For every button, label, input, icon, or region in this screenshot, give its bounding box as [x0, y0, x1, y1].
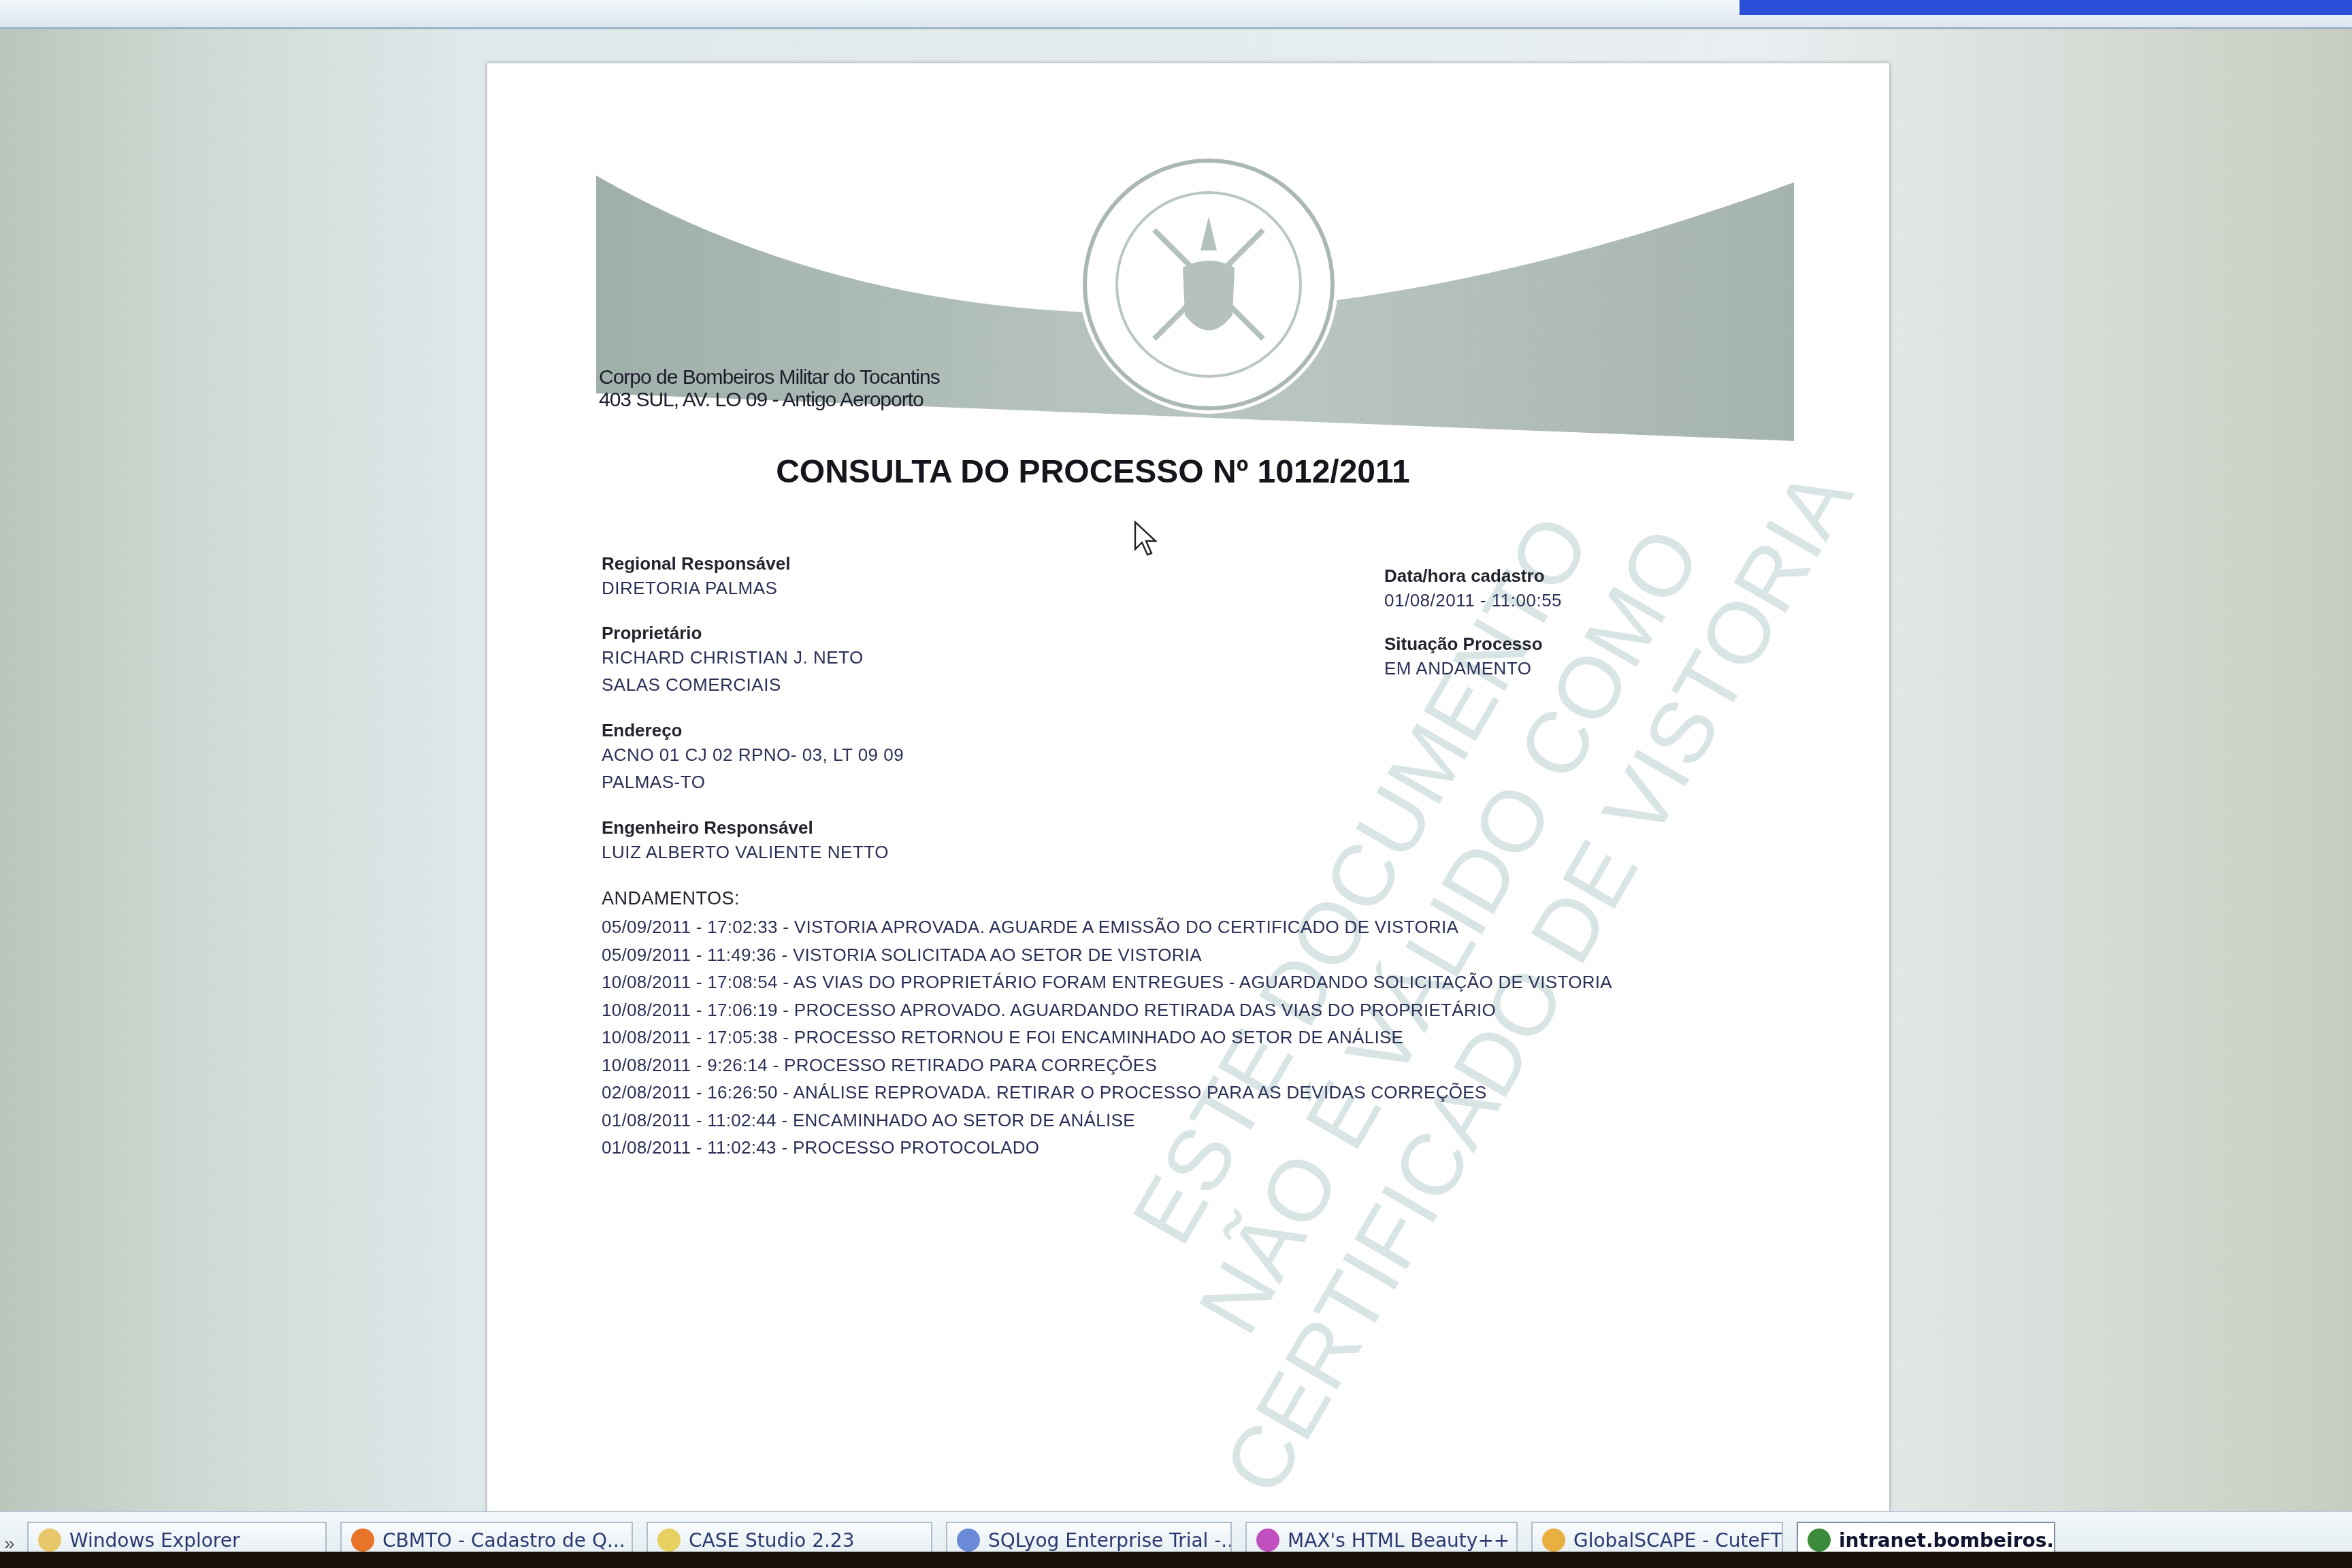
field-label: Regional Responsável [602, 553, 790, 574]
field-label: Endereço [602, 720, 904, 741]
page-title: CONSULTA DO PROCESSO Nº 1012/2011 [487, 453, 1699, 491]
andamento-row: 10/08/2011 - 17:08:54 - AS VIAS DO PROPR… [602, 968, 1612, 996]
field-label: Situação Processo [1384, 634, 1543, 655]
taskbar-item-label: SQLyog Enterprise Trial -... [988, 1529, 1232, 1552]
taskbar-item-label: Windows Explorer [69, 1529, 240, 1552]
field-value: RICHARD CHRISTIAN J. NETO [602, 644, 864, 671]
taskbar-item-label: MAX's HTML Beauty++ 2... [1288, 1529, 1518, 1552]
sqlyog-icon [957, 1529, 980, 1552]
taskbar-item-label: CBMTO - Cadastro de Q... [382, 1529, 625, 1552]
andamentos-label: ANDAMENTOS: [602, 888, 1612, 909]
field-situacao: Situação Processo EM ANDAMENTO [1384, 634, 1543, 682]
field-value: LUIZ ALBERTO VALIENTE NETTO [602, 838, 889, 866]
taskbar-item-label: CASE Studio 2.23 [689, 1529, 855, 1552]
field-data-cadastro: Data/hora cadastro 01/08/2011 - 11:00:55 [1384, 566, 1562, 614]
firefox-icon [351, 1529, 374, 1552]
andamentos-section: ANDAMENTOS: 05/09/2011 - 17:02:33 - VIST… [602, 888, 1612, 1162]
monitor-bezel [0, 1552, 2352, 1568]
field-value-secondary: PALMAS-TO [602, 768, 904, 796]
document-page: Corpo de Bombeiros Militar do Tocantins … [487, 63, 1889, 1561]
field-value: ACNO 01 CJ 02 RPNO- 03, LT 09 09 [602, 741, 904, 768]
title-bar [1739, 0, 2352, 15]
andamento-row: 02/08/2011 - 16:26:50 - ANÁLISE REPROVAD… [602, 1079, 1612, 1107]
mouse-cursor-icon [1134, 521, 1157, 557]
andamento-row: 05/09/2011 - 11:49:36 - VISTORIA SOLICIT… [602, 941, 1612, 969]
print-preview-viewer: Corpo de Bombeiros Militar do Tocantins … [0, 29, 2352, 1526]
status-value: EM ANDAMENTO [1384, 655, 1543, 682]
andamento-row: 10/08/2011 - 17:05:38 - PROCESSO RETORNO… [602, 1024, 1612, 1051]
field-value: 01/08/2011 - 11:00:55 [1384, 587, 1562, 614]
organization-address: 403 SUL, AV. LO 09 - Antigo Aeroporto [599, 389, 940, 411]
field-label: Proprietário [602, 623, 864, 644]
field-value-secondary: SALAS COMERCIAIS [602, 671, 864, 698]
field-label: Data/hora cadastro [1384, 566, 1562, 587]
html-beauty-icon [1256, 1529, 1279, 1552]
organization-name: Corpo de Bombeiros Militar do Tocantins [599, 366, 940, 389]
folder-icon [38, 1529, 61, 1552]
field-regional: Regional Responsável DIRETORIA PALMAS [602, 553, 790, 602]
cuteftp-icon [1542, 1529, 1565, 1552]
field-label: Engenheiro Responsável [602, 817, 889, 838]
field-engenheiro: Engenheiro Responsável LUIZ ALBERTO VALI… [602, 817, 889, 866]
andamento-row: 05/09/2011 - 17:02:33 - VISTORIA APROVAD… [602, 913, 1612, 941]
organization-header: Corpo de Bombeiros Militar do Tocantins … [599, 366, 940, 411]
browser-chrome-strip [0, 0, 2352, 29]
andamentos-list: 05/09/2011 - 17:02:33 - VISTORIA APROVAD… [602, 913, 1612, 1162]
field-value: DIRETORIA PALMAS [602, 574, 790, 602]
andamento-row: 01/08/2011 - 11:02:43 - PROCESSO PROTOCO… [602, 1134, 1612, 1162]
andamento-row: 01/08/2011 - 11:02:44 - ENCAMINHADO AO S… [602, 1107, 1612, 1134]
field-proprietario: Proprietário RICHARD CHRISTIAN J. NETO S… [602, 623, 864, 698]
taskbar-item-label: GlobalSCAPE - CuteFTP ... [1573, 1529, 1783, 1552]
taskbar-item-label: intranet.bombeiros.t... [1839, 1529, 2055, 1552]
andamento-row: 10/08/2011 - 17:06:19 - PROCESSO APROVAD… [602, 996, 1612, 1024]
case-studio-icon [657, 1529, 681, 1552]
chrome-icon [1808, 1529, 1831, 1552]
andamento-row: 10/08/2011 - 9:26:14 - PROCESSO RETIRADO… [602, 1051, 1612, 1079]
field-endereco: Endereço ACNO 01 CJ 02 RPNO- 03, LT 09 0… [602, 720, 904, 796]
